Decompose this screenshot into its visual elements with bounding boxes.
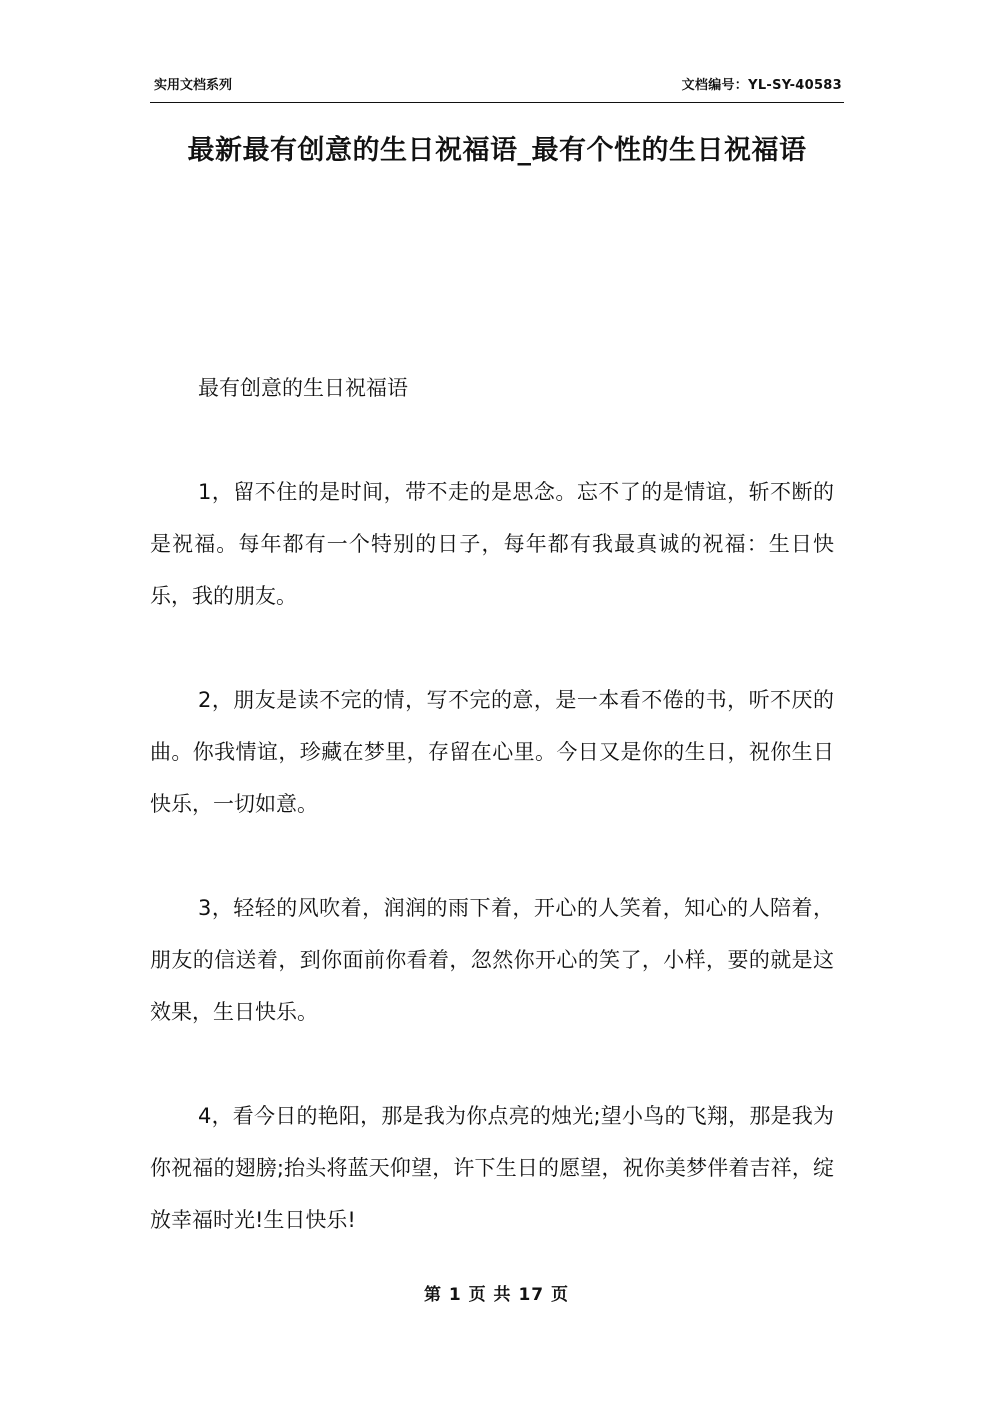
paragraph-3: 3，轻轻的风吹着，润润的雨下着，开心的人笑着，知心的人陪着，朋友的信送着，到你面… <box>150 882 834 1038</box>
paragraph-4: 4，看今日的艳阳，那是我为你点亮的烛光;望小鸟的飞翔，那是我为你祝福的翅膀;抬头… <box>150 1090 834 1246</box>
paragraph-2: 2，朋友是读不完的情，写不完的意，是一本看不倦的书，听不厌的曲。你我情谊，珍藏在… <box>150 674 834 830</box>
page-header: 实用文档系列 文档编号：YL-SY-40583 <box>150 70 844 103</box>
page-number: 第 1 页 共 17 页 <box>0 1280 993 1305</box>
document-number: 文档编号：YL-SY-40583 <box>682 74 842 93</box>
paragraph-1: 1，留不住的是时间，带不走的是思念。忘不了的是情谊，斩不断的是祝福。每年都有一个… <box>150 466 834 622</box>
document-title: 最新最有创意的生日祝福语_最有个性的生日祝福语 <box>150 128 844 167</box>
section-heading: 最有创意的生日祝福语 <box>198 362 408 414</box>
document-series: 实用文档系列 <box>154 74 232 93</box>
